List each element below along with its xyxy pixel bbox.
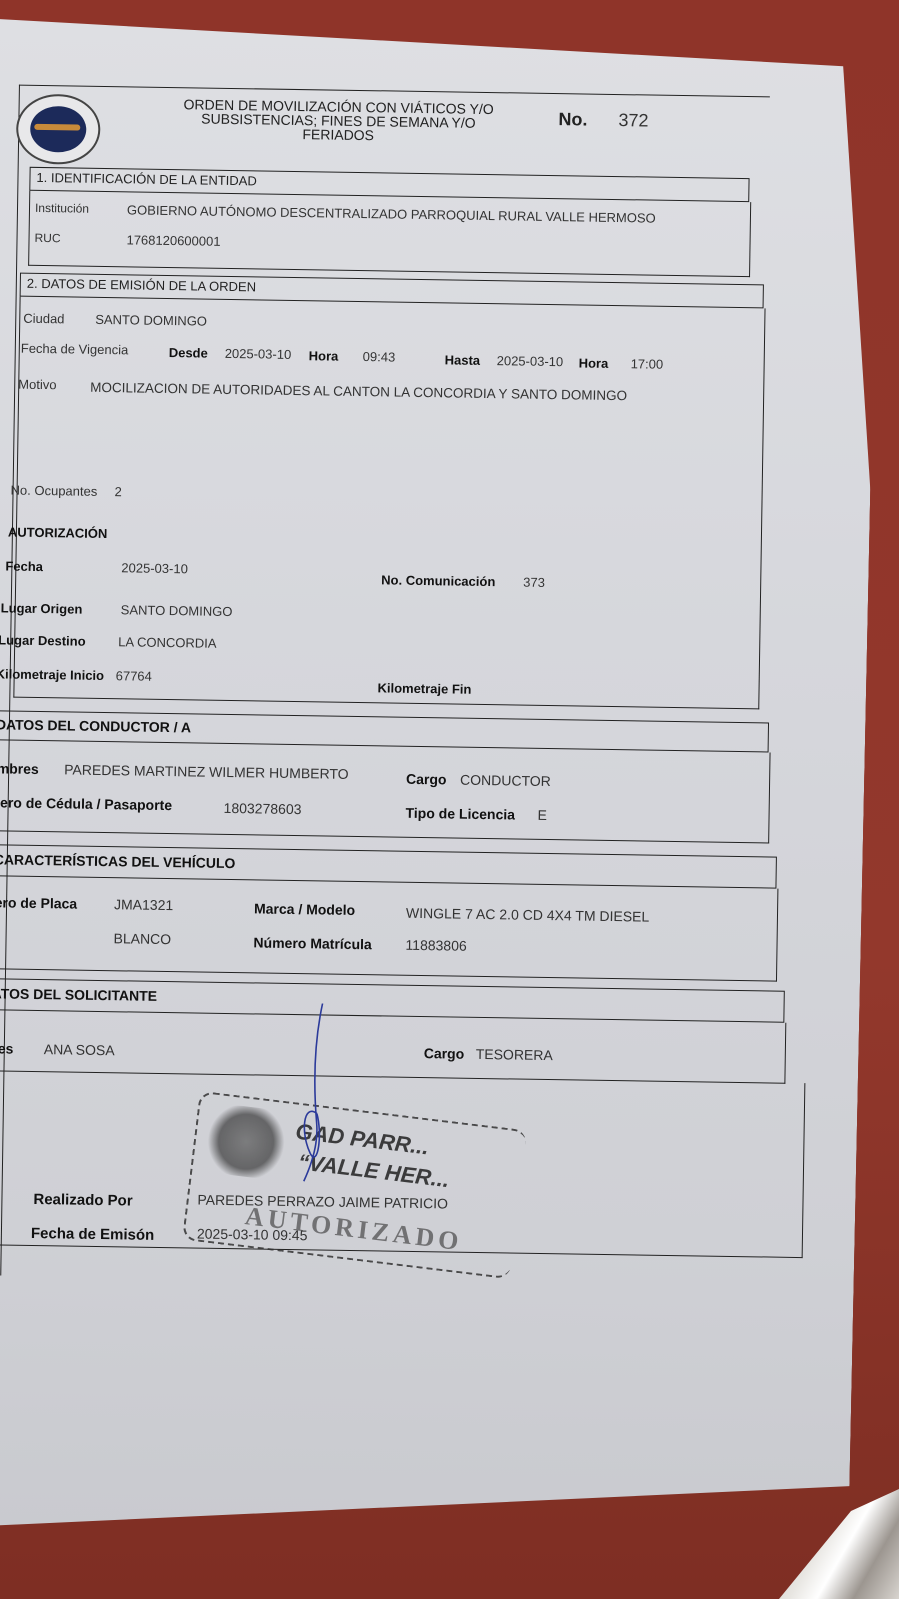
hora-desde-label: Hora bbox=[309, 348, 339, 363]
conductor-cargo-value: CONDUCTOR bbox=[460, 772, 551, 789]
color-value: BLANCO bbox=[113, 930, 171, 947]
placa-label: nero de Placa bbox=[0, 894, 77, 911]
comunicacion-value: 373 bbox=[523, 575, 545, 590]
marca-label: Marca / Modelo bbox=[254, 900, 355, 918]
comunicacion-label: No. Comunicación bbox=[381, 572, 495, 589]
hora-hasta-label: Hora bbox=[579, 355, 609, 370]
desde-label: Desde bbox=[169, 345, 208, 361]
document-title: ORDEN DE MOVILIZACIÓN CON VIÁTICOS Y/O S… bbox=[148, 97, 529, 145]
ruc-label: RUC bbox=[34, 231, 60, 245]
km-inicio-label: Kilometraje Inicio bbox=[0, 666, 104, 683]
licencia-label: Tipo de Licencia bbox=[405, 805, 515, 823]
ruc-value: 1768120600001 bbox=[126, 232, 220, 248]
realizado-label: Realizado Por bbox=[33, 1191, 132, 1210]
hora-desde-value: 09:43 bbox=[363, 349, 396, 365]
institucion-label: Institución bbox=[35, 201, 89, 216]
conductor-nombres-label: ombres bbox=[0, 760, 39, 777]
emision-label: Fecha de Emisón bbox=[31, 1225, 155, 1244]
ocupantes-label: No. Ocupantes bbox=[10, 483, 97, 499]
mobilization-order-form: ORDEN DE MOVILIZACIÓN CON VIÁTICOS Y/O S… bbox=[0, 18, 880, 1542]
km-fin-label: Kilometraje Fin bbox=[377, 680, 471, 696]
cedula-value: 1803278603 bbox=[223, 800, 301, 817]
order-number: 372 bbox=[618, 110, 648, 131]
ciudad-label: Ciudad bbox=[23, 311, 64, 327]
handwritten-signature bbox=[282, 1003, 345, 1184]
destino-value: LA CONCORDIA bbox=[118, 634, 216, 651]
vigencia-label: Fecha de Vigencia bbox=[21, 341, 129, 358]
section3-box bbox=[0, 740, 771, 843]
order-number-label: No. bbox=[558, 109, 587, 130]
desde-value: 2025-03-10 bbox=[225, 346, 292, 362]
section4-box bbox=[0, 876, 778, 981]
km-inicio-value: 67764 bbox=[116, 668, 152, 684]
solicitante-nombres-label: bres bbox=[0, 1040, 14, 1056]
placa-value: JMA1321 bbox=[114, 896, 173, 913]
ocupantes-value: 2 bbox=[114, 484, 121, 499]
origen-label: Lugar Origen bbox=[1, 600, 83, 616]
autorizacion-heading: AUTORIZACIÓN bbox=[8, 525, 108, 542]
hasta-label: Hasta bbox=[445, 352, 481, 368]
solicitante-nombres-value: ANA SOSA bbox=[44, 1041, 115, 1058]
solicitante-cargo-label: Cargo bbox=[424, 1045, 465, 1062]
conductor-cargo-label: Cargo bbox=[406, 771, 447, 788]
matricula-value: 11883806 bbox=[405, 937, 466, 954]
fecha-label: Fecha bbox=[5, 558, 43, 574]
document-sheet: ORDEN DE MOVILIZACIÓN CON VIÁTICOS Y/O S… bbox=[0, 18, 880, 1547]
ciudad-value: SANTO DOMINGO bbox=[95, 312, 207, 329]
solicitante-cargo-value: TESORERA bbox=[476, 1046, 553, 1063]
hasta-value: 2025-03-10 bbox=[497, 353, 564, 369]
hora-hasta-value: 17:00 bbox=[631, 356, 664, 372]
origen-value: SANTO DOMINGO bbox=[121, 602, 233, 619]
fecha-value: 2025-03-10 bbox=[121, 560, 188, 576]
cedula-label: mero de Cédula / Pasaporte bbox=[0, 794, 172, 813]
licencia-value: E bbox=[537, 807, 547, 823]
matricula-label: Número Matrícula bbox=[253, 934, 371, 952]
motivo-label: Motivo bbox=[18, 377, 57, 393]
destino-label: Lugar Destino bbox=[0, 632, 86, 648]
